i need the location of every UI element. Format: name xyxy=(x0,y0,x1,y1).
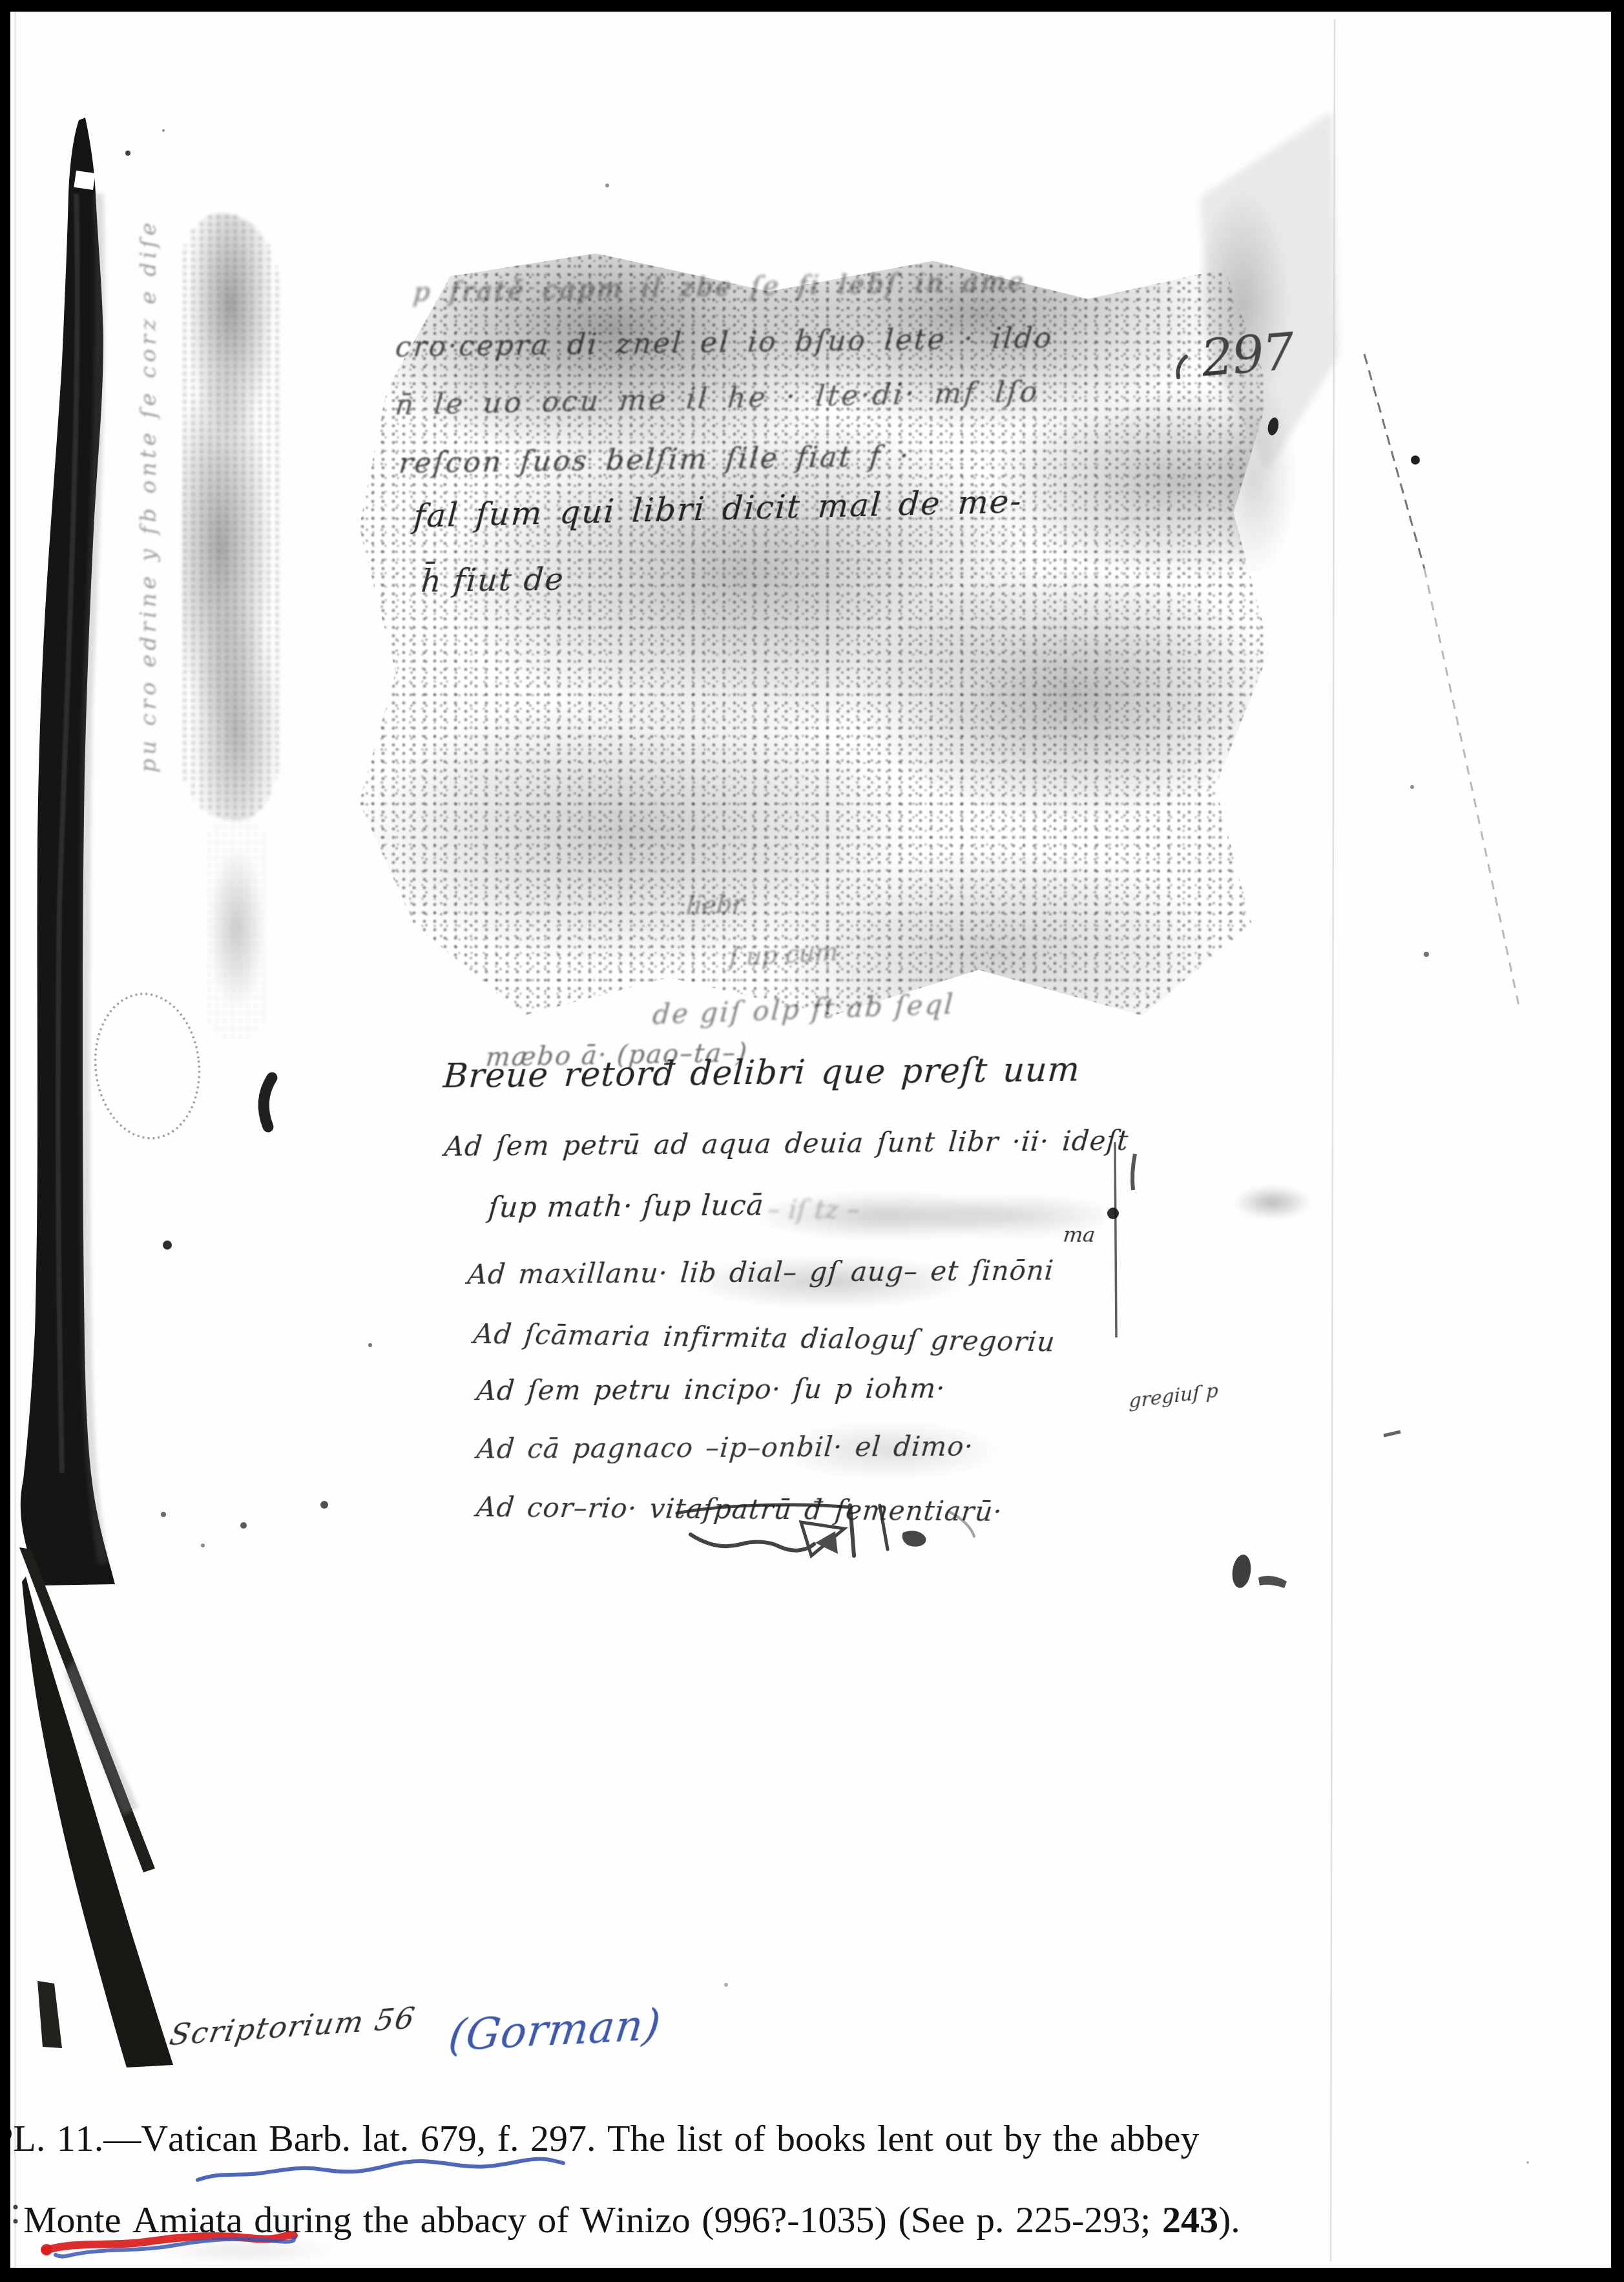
small-dash-mark xyxy=(1384,1432,1400,1436)
ink-hook-blob xyxy=(264,1078,272,1127)
ink-blot-right-2 xyxy=(1258,1576,1287,1588)
ink-blot-right-1 xyxy=(1231,1553,1253,1589)
margin-rule-head xyxy=(1107,1208,1119,1219)
torn-corner-shading xyxy=(1200,111,1338,472)
frame-left xyxy=(0,0,10,2282)
ink-specks xyxy=(14,129,1530,2224)
margin-rule xyxy=(1115,1142,1116,1337)
doodle-sketch xyxy=(677,1505,974,1556)
underline-blue-vatican xyxy=(198,2159,563,2180)
frame-top xyxy=(0,0,1624,12)
underline-red-blob xyxy=(41,2244,52,2256)
frame-bottom xyxy=(0,2268,1624,2282)
frame-right xyxy=(1611,0,1624,2282)
margin-tick xyxy=(1132,1154,1135,1190)
ring-offset-mark xyxy=(88,989,207,1143)
book-page-scan: p fratē capm il zbe ſe fi lebſ in ame cr… xyxy=(0,0,1624,2282)
gutter-white-notch xyxy=(74,171,95,190)
photo-artifacts-layer xyxy=(0,0,1624,2282)
folio-mark-tick xyxy=(1178,357,1187,377)
gutter-streak-strip xyxy=(37,1981,62,2048)
tear-edge-faint xyxy=(1424,569,1519,1008)
